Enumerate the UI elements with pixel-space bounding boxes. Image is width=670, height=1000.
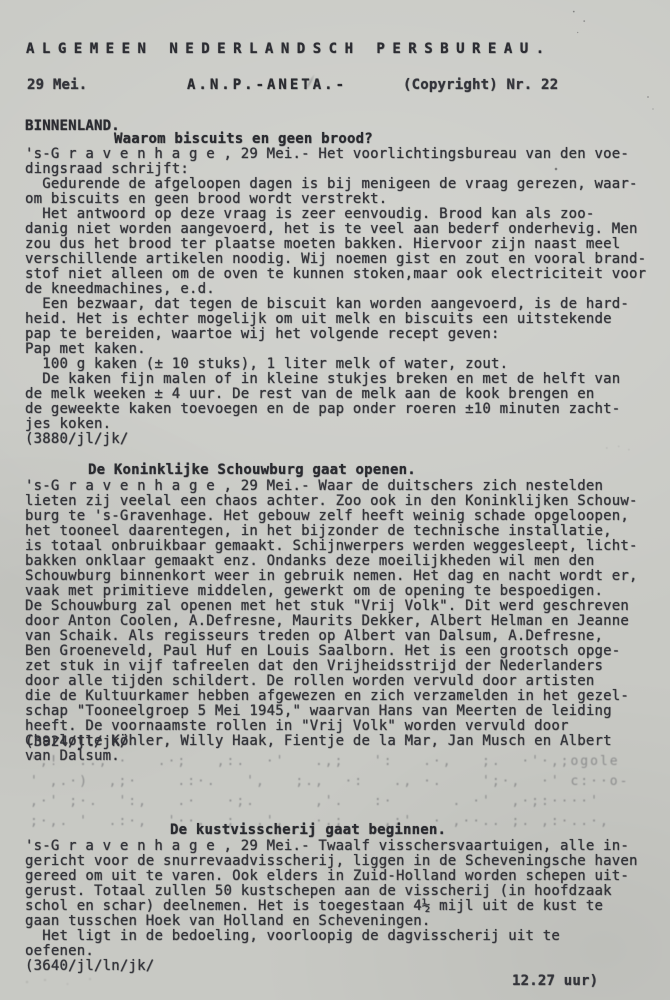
article-slug-schouwburg: (3924/jl/jk/ [25, 735, 129, 750]
article-title-biscuits: Waarom biscuits en geen brood? [114, 132, 373, 147]
masthead-title: ALGEMEEN NEDERLANDSCH PERSBUREAU. [26, 42, 552, 57]
ink-speck-cluster-top-right [566, 4, 592, 42]
ghost-carbon-text: ';! :., · .·; ,:. ·' .,; ': .·, ;. ·'·,;… [30, 752, 650, 832]
article-body-biscuits: 's-G r a v e n h a g e , 29 Mei.- Het vo… [25, 147, 655, 432]
article-slug-kustvisscherij: (3640/jl/ln/jk/ [25, 959, 154, 974]
agency-name: A.N.P.-ANETA.- [187, 78, 347, 93]
smudge-bottom-left [18, 972, 108, 992]
article-title-kustvisscherij: De kustvisscherij gaat beginnen. [170, 823, 446, 838]
document-page: ALGEMEEN NEDERLANDSCH PERSBUREAU. 29 Mei… [0, 0, 670, 1000]
article-body-kustvisscherij: 's-G r a v e n h a g e , 29 Mei.- Twaalf… [25, 839, 660, 959]
issue-date: 29 Mei. [27, 78, 87, 93]
article-title-schouwburg: De Koninklijke Schouwburg gaat openen. [88, 463, 416, 478]
ink-speck-right-edge [640, 88, 660, 118]
article-slug-biscuits: (3880/jl/jk/ [25, 432, 129, 447]
section-rubric: BINNENLAND. [25, 119, 120, 134]
copyright-number: (Copyright) Nr. 22 [403, 78, 558, 93]
article-body-schouwburg: 's-G r a v e n h a g e , 29 Mei.- Waar d… [25, 479, 655, 764]
smudge-mid-right [600, 440, 634, 456]
timestamp: 12.27 uur) [512, 974, 598, 989]
